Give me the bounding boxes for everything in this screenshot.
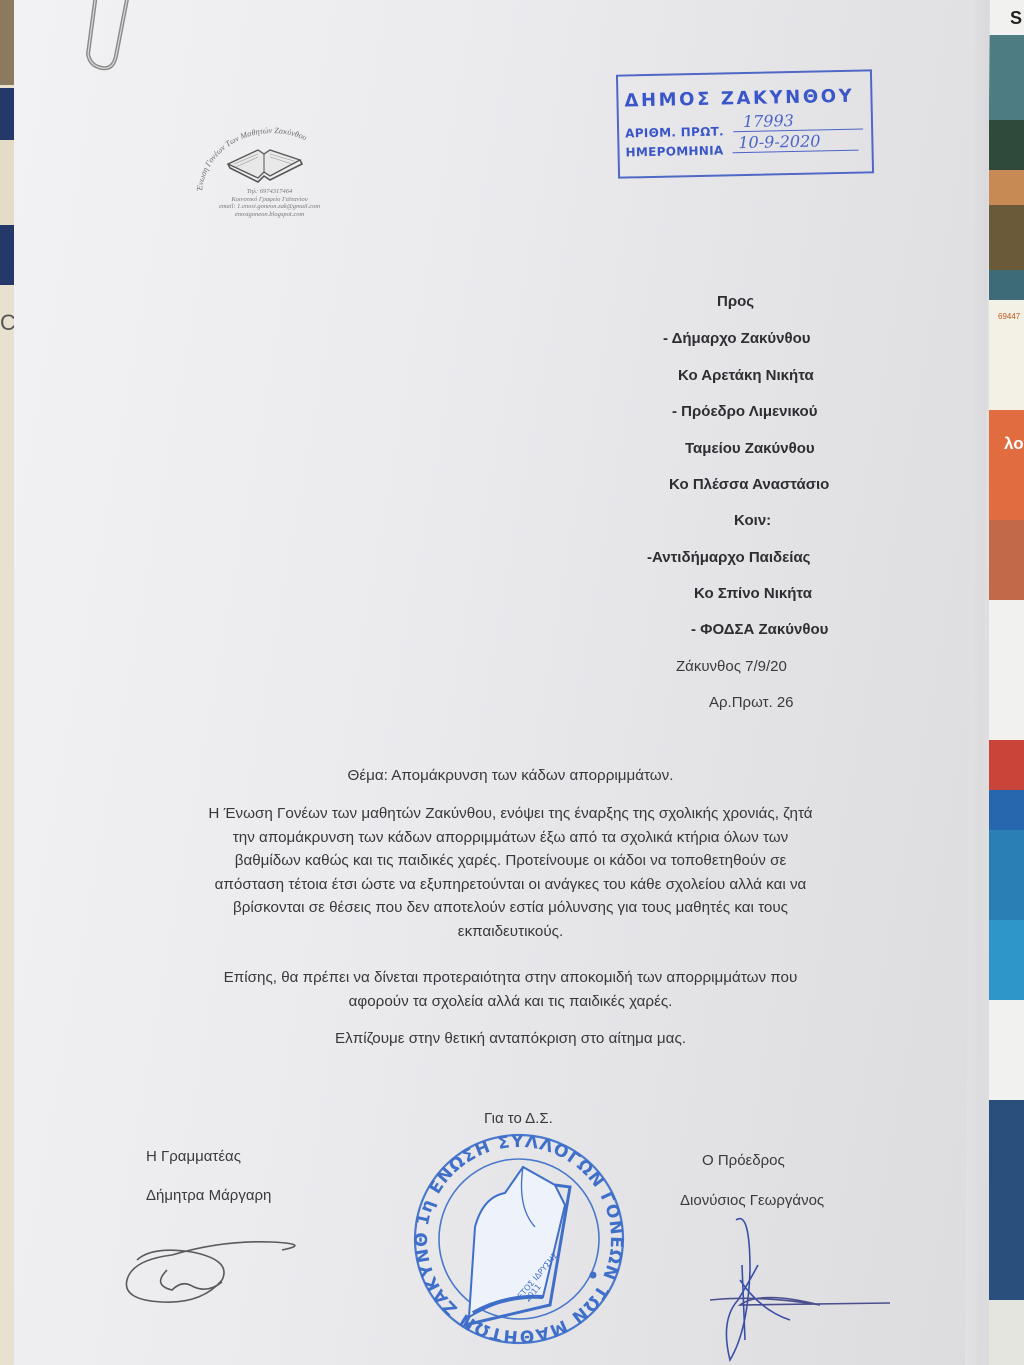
letter-subject: Θέμα: Απομάκρυνση των κάδων απορριμμάτων…	[158, 764, 863, 788]
recipient-line: - Πρόεδρο Λιμενικού	[672, 403, 817, 420]
board-label: Για το Δ.Σ.	[484, 1110, 553, 1127]
cc-line: Κο Σπίνο Νικήτα	[694, 585, 812, 602]
cc-line: - ΦΟΔΣΑ Ζακύνθου	[691, 621, 828, 638]
recipient-line: - Δήμαρχο Ζακύνθου	[663, 330, 810, 347]
outgoing-protocol: Αρ.Πρωτ. 26	[709, 694, 794, 711]
recipient-line: Κο Πλέσσα Αναστάσιο	[669, 476, 829, 493]
letterhead-email: email: 1.enosi.goneon.zak@gmail.com	[172, 203, 367, 211]
president-name: Διονύσιος Γεωργάνος	[680, 1192, 824, 1209]
paragraph-line: απόσταση τέτοια έτσι ώστε να εξυπηρετούν…	[158, 873, 863, 897]
cc-line: -Αντιδήμαρχο Παιδείας	[647, 549, 810, 566]
brochure-phone: 69447	[998, 312, 1020, 321]
paragraph-line: Επίσης, θα πρέπει να δίνεται προτεραιότη…	[158, 966, 863, 990]
letterhead-blog: enosigoneon.blogspot.com	[172, 211, 367, 219]
paragraph-line: εκπαιδευτικούς.	[158, 920, 863, 944]
letterhead-office: Κοινοτικό Γραφείο Γαϊτανίου	[172, 196, 367, 204]
secretary-name: Δήμητρα Μάργαρη	[146, 1187, 271, 1204]
closing-text: Ελπίζουμε στην θετική ανταπόκριση στο αί…	[158, 1027, 863, 1051]
cc-label: Κοιν:	[734, 512, 771, 529]
secretary-title: Η Γραμματέας	[146, 1148, 241, 1165]
book-logo-icon	[224, 142, 304, 184]
stamp-protocol-value: 17993	[733, 110, 863, 133]
stamp-date-label: ΗΜΕΡΟΜΗΝΙΑ	[625, 143, 723, 159]
letterhead-phone: Τηλ: 6974317464	[172, 188, 367, 196]
paragraph-line: αφορούν τα σχολεία αλλά και τις παιδικές…	[158, 990, 863, 1014]
place-date: Ζάκυνθος 7/9/20	[676, 658, 787, 675]
recipient-line: Ταμείου Ζακύνθου	[685, 440, 815, 457]
stamp-date-value: 10-9-2020	[732, 131, 858, 154]
paperclip-icon	[78, 0, 138, 84]
subject-text: Θέμα: Απομάκρυνση των κάδων απορριμμάτων…	[158, 764, 863, 788]
letterhead-contact-info: Τηλ: 6974317464 Κοινοτικό Γραφείο Γαϊταν…	[172, 188, 367, 218]
paragraph-line: βαθμίδων καθώς και τις παιδικές χαρές. Π…	[158, 849, 863, 873]
stamp-protocol-label: ΑΡΙΘΜ. ΠΡΩΤ.	[625, 124, 724, 140]
background-brochure-left: C	[0, 0, 14, 1365]
municipality-receipt-stamp: ΔΗΜΟΣ ΖΑΚΥΝΘΟΥ ΑΡΙΘΜ. ΠΡΩΤ. 17993 ΗΜΕΡΟΜ…	[616, 69, 874, 178]
brochure-logo-text: λογ	[1004, 434, 1024, 454]
recipient-line: Κο Αρετάκη Νικήτα	[678, 367, 814, 384]
president-signature	[700, 1210, 930, 1365]
secretary-signature	[112, 1220, 312, 1315]
paragraph-line: βρίσκονται σε θέσεις που δεν αποτελούν ε…	[158, 896, 863, 920]
letter-paragraph-2: Επίσης, θα πρέπει να δίνεται προτεραιότη…	[158, 966, 863, 1013]
association-letterhead: Ένωση Γονέων Των Μαθητών Ζακύνθου Τηλ: 6…	[172, 100, 367, 235]
letter-closing: Ελπίζουμε στην θετική ανταπόκριση στο αί…	[158, 1027, 863, 1051]
letter-paragraph-1: Η Ένωση Γονέων των μαθητών Ζακύνθου, ενό…	[158, 802, 863, 943]
brochure-letter: C	[0, 310, 16, 336]
open-book-icon	[465, 1167, 570, 1325]
stamp-title: ΔΗΜΟΣ ΖΑΚΥΝΘΟΥ	[624, 86, 854, 112]
paragraph-line: την απομάκρυνση των κάδων απορριμμάτων έ…	[158, 826, 863, 850]
president-title: Ο Πρόεδρος	[702, 1152, 785, 1169]
to-label: Προς	[717, 293, 754, 310]
association-round-stamp: 1η ΕΝΩΣΗ ΣΥΛΛΟΓΩΝ ΓΟΝΕΩΝ ΤΩΝ ΜΑΘΗΤΩΝ ΖΑΚ…	[405, 1127, 633, 1352]
paragraph-line: Η Ένωση Γονέων των μαθητών Ζακύνθου, ενό…	[158, 802, 863, 826]
brochure-letter: S	[1010, 8, 1022, 29]
